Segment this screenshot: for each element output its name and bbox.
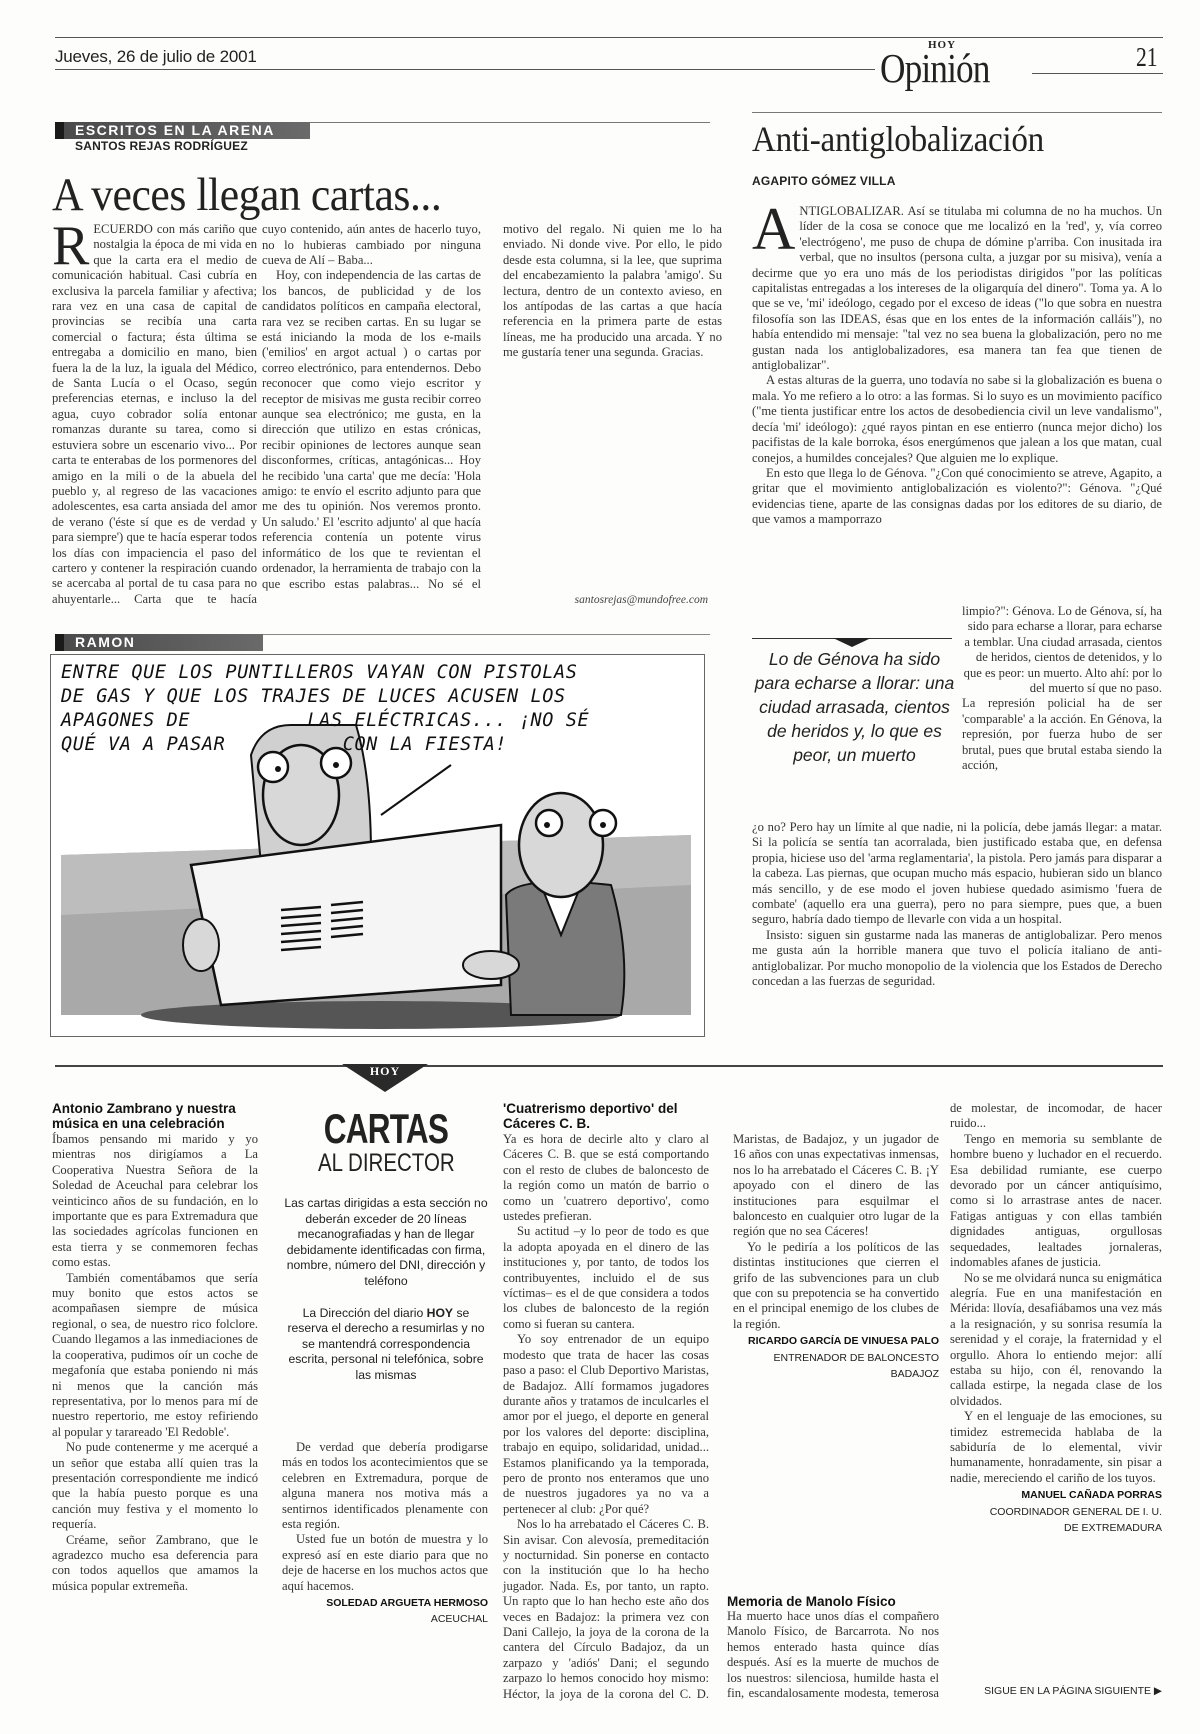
article-paragraph: NTIGLOBALIZAR. Así se titulaba mi column… — [752, 204, 1162, 372]
article-paragraph: ECUERDO con más cariño que nostalgia la … — [52, 222, 257, 607]
issue-date: Jueves, 26 de julio de 2001 — [55, 47, 257, 67]
letter-title: Antonio Zambrano y nuestra música en una… — [52, 1101, 258, 1131]
letter-paragraph: Yo le pediría a los políticos de las dis… — [733, 1240, 939, 1332]
article-body-col-2-3: ECUERDO con más cariño que nostalgia la … — [262, 222, 722, 607]
author-email[interactable]: santosrejas@mundofree.com — [500, 594, 708, 606]
letter-paragraph: También comentábamos que sería muy bonit… — [52, 1271, 258, 1440]
letter-1-continued: De verdad que debería prodigarse más en … — [282, 1440, 488, 1627]
notice-brand: HOY — [427, 1306, 453, 1320]
article-paragraph: limpio?": Génova. Lo de Génova, sí, ha s… — [962, 604, 1162, 696]
section-title: Opinión — [880, 44, 990, 92]
letter-1: Antonio Zambrano y nuestra música en una… — [52, 1101, 258, 1594]
letter-title: Memoria de Manolo Físico — [727, 1594, 939, 1609]
article-paragraph: ¿o no? Pero hay un límite al que nadie, … — [752, 820, 1162, 928]
letters-top-rule — [55, 1065, 1163, 1067]
letter-paragraph: No se me olvidará nunca su enigmática al… — [950, 1271, 1162, 1410]
letter-3: Memoria de Manolo Físico Ha muerto hace … — [727, 1594, 939, 1701]
letters-section-subtitle: AL DIRECTOR — [318, 1150, 455, 1176]
letter-3-continued: Ha muerto hace unos días el compañero Ma… — [950, 1101, 1162, 1641]
letters-notice-rights: La Dirección del diario HOY se reserva e… — [280, 1306, 492, 1384]
article-headline: A veces llegan cartas... — [52, 168, 441, 222]
cartoon-kicker: RAMON — [55, 634, 263, 651]
speech-line: ENTRE QUE LOS PUNTILLEROS VAYAN CON PIST… — [61, 661, 701, 685]
letter-paragraph: Ya es hora de decirle alto y claro al Cá… — [503, 1132, 709, 1224]
article-author: SANTOS REJAS RODRÍGUEZ — [75, 139, 248, 153]
letters-section-header: CARTAS AL DIRECTOR Las cartas dirigidas … — [280, 1068, 492, 1384]
letter-location: BADAJOZ — [733, 1366, 939, 1382]
article-body-main: ANTIGLOBALIZAR. Así se titulaba mi colum… — [752, 204, 1162, 528]
letter-paragraph: Íbamos pensando mi marido y yo mientras … — [52, 1132, 258, 1271]
letters-section-title: CARTAS — [324, 1108, 448, 1150]
pull-quote-arrow-icon — [833, 638, 871, 647]
letter-title: 'Cuatrerismo deportivo' del Cáceres C. B… — [503, 1101, 709, 1131]
letters-notice-requirements: Las cartas dirigidas a esta sección no d… — [280, 1196, 492, 1290]
letter-paragraph: Usted fue un botón de muestra y lo expre… — [282, 1532, 488, 1594]
letter-location: ACEUCHAL — [282, 1611, 488, 1627]
dropcap: A — [752, 206, 795, 252]
letter-signature: SOLEDAD ARGUETA HERMOSO — [282, 1596, 488, 1611]
speech-line: QUÉ VA A PASAR CON LA FIESTA! — [61, 733, 701, 757]
right-article-rule — [752, 112, 1162, 113]
letter-paragraph: Su actitud –y lo peor de todo es que la … — [503, 1224, 709, 1332]
cartoon-panel: ENTRE QUE LOS PUNTILLEROS VAYAN CON PIST… — [50, 654, 705, 1037]
speech-line: APAGONES DE LAS ELÉCTRICAS... ¡NO SÉ — [61, 709, 701, 733]
letter-signature: RICARDO GARCÍA DE VINUESA PALO — [733, 1334, 939, 1349]
article-paragraph: La represión policial ha de ser 'compara… — [962, 696, 1162, 773]
letter-location: DE EXTREMADURA — [950, 1520, 1162, 1536]
article-body-col-1: RECUERDO con más cariño que nostalgia la… — [52, 222, 257, 607]
dropcap: R — [52, 224, 89, 268]
letter-paragraph: Tengo en memoria su semblante de hombre … — [950, 1132, 1162, 1271]
page-number: 21 — [1136, 42, 1158, 73]
article-body-tail: ¿o no? Pero hay un límite al que nadie, … — [752, 820, 1162, 989]
header-bottom-rule — [55, 69, 875, 70]
notice-text: La Dirección del diario — [303, 1306, 427, 1320]
letter-2: 'Cuatrerismo deportivo' del Cáceres C. B… — [503, 1101, 709, 1131]
article-author: AGAPITO GÓMEZ VILLA — [752, 174, 896, 188]
letter-paragraph: Yo soy entrenador de un equipo modesto q… — [503, 1332, 709, 1517]
letter-role: COORDINADOR GENERAL DE I. U. — [950, 1504, 1162, 1520]
article-paragraph: A estas alturas de la guerra, uno todaví… — [752, 373, 1162, 465]
column-kicker: ESCRITOS EN LA ARENA — [55, 122, 310, 139]
letter-signature: MANUEL CAÑADA PORRAS — [950, 1488, 1162, 1503]
continue-next-page-link[interactable]: SIGUE EN LA PÁGINA SIGUIENTE ▶ — [950, 1685, 1162, 1697]
letter-paragraph: De verdad que debería prodigarse más en … — [282, 1440, 488, 1532]
cartoon-speech-text: ENTRE QUE LOS PUNTILLEROS VAYAN CON PIST… — [61, 661, 701, 757]
letter-paragraph: Ha muerto hace unos días el compañero Ma… — [727, 1609, 939, 1701]
article-paragraph: En esto que llega lo de Génova. "¿Con qu… — [752, 466, 1162, 528]
letter-paragraph: No pude contenerme y me acerqué a un señ… — [52, 1440, 258, 1532]
header-top-rule — [55, 37, 1163, 38]
header-bottom-rule-right — [1032, 73, 1163, 74]
pull-quote: Lo de Génova ha sido para echarse a llor… — [752, 647, 957, 767]
letter-paragraph: Y en el lenguaje de las emociones, su ti… — [950, 1409, 1162, 1486]
speech-line: DE GAS Y QUE LOS TRAJES DE LUCES ACUSEN … — [61, 685, 701, 709]
letter-paragraph: Créame, señor Zambrano, que le agradezco… — [52, 1533, 258, 1595]
article-paragraph: Hoy, con independencia de las cartas de … — [262, 222, 722, 607]
letter-role: ENTRENADOR DE BALONCESTO — [733, 1350, 939, 1366]
article-paragraph-continued: ECUERDO con más cariño que nostalgia la … — [262, 222, 481, 268]
letter-paragraph-continued: Ha muerto hace unos días el compañero Ma… — [950, 1101, 1162, 1132]
article-paragraph: Insisto: siguen sin gustarme nada las ma… — [752, 928, 1162, 990]
article-body-wrap: limpio?": Génova. Lo de Génova, sí, ha s… — [962, 604, 1162, 773]
article-headline: Anti-antiglobalización — [752, 118, 1044, 160]
